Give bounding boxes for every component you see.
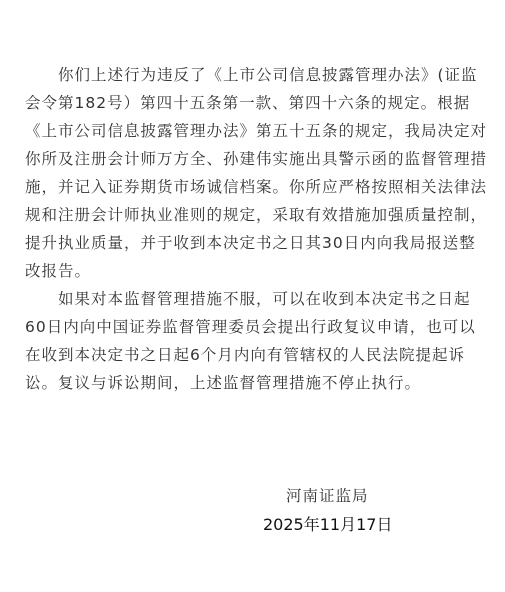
text-line: 规和注册会计师执业准则的规定，采取有效措施加强质量控制， [25,201,465,229]
issue-date: 2025年11月17日 [263,512,392,535]
text-line: 改报告。 [25,257,465,285]
text-line: 你所及注册会计师万方全、孙建伟实施出具警示函的监督管理措 [25,145,465,173]
text-line: 在收到本决定书之日起6个月内向有管辖权的人民法院提起诉 [25,341,465,369]
text-line: 《上市公司信息披露管理办法》第五十五条的规定，我局决定对 [25,117,465,145]
text-line: 如果对本监督管理措施不服，可以在收到本决定书之日起 [58,285,465,313]
text-line: 60日内向中国证券监督管理委员会提出行政复议申请，也可以 [25,313,465,341]
text-line: 会令第182号）第四十五条第一款、第四十六条的规定。根据 [25,89,465,117]
text-line: 讼。复议与诉讼期间，上述监督管理措施不停止执行。 [25,369,465,397]
text-line: 提升执业质量，并于收到本决定书之日其30日内向我局报送整 [25,229,465,257]
text-line: 施，并记入证券期货市场诚信档案。你所应严格按照相关法律法 [25,173,465,201]
issuer-name: 河南证监局 [286,484,369,506]
text-line: 你们上述行为违反了《上市公司信息披露管理办法》(证监 [58,61,465,89]
